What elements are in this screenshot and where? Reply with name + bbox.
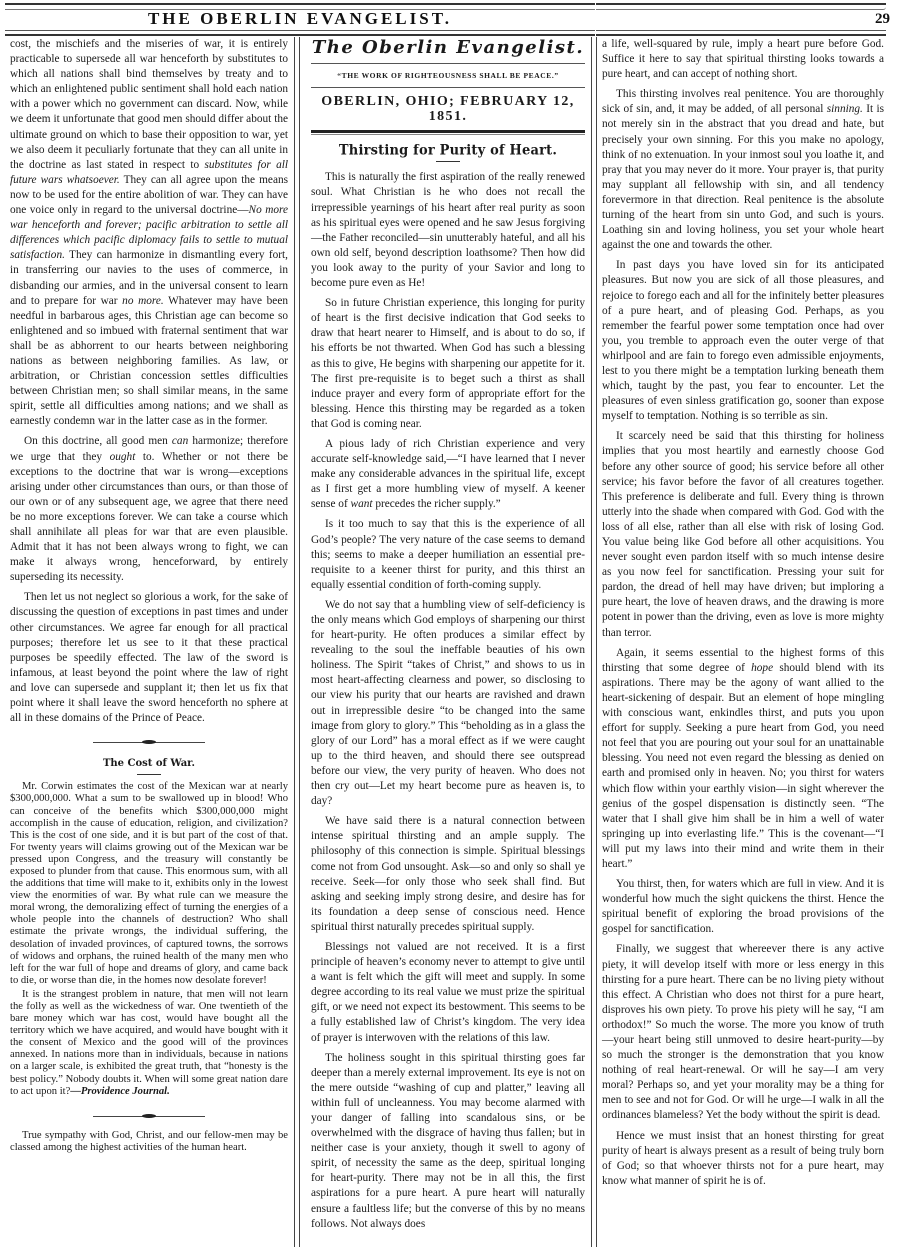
- paragraph: Mr. Corwin estimates the cost of the Mex…: [10, 781, 288, 987]
- cost-of-war-title: The Cost of War.: [10, 756, 288, 771]
- column-divider: [294, 37, 300, 1247]
- italic-text: hope: [751, 662, 773, 674]
- masthead-rule: [311, 87, 585, 88]
- text-run: On this doctrine, all good men: [24, 435, 172, 447]
- text-run: It is not merely sin in the abstract tha…: [602, 103, 884, 251]
- paragraph: So in future Christian experience, this …: [311, 296, 585, 432]
- paragraph: On this doctrine, all good men can harmo…: [10, 434, 288, 585]
- column-2: The Oberlin Evangelist. “THE WORK OF RIG…: [311, 37, 585, 1237]
- header-under-rule: [596, 30, 886, 36]
- text-run: This is naturally the first aspiration o…: [311, 171, 585, 289]
- cost-of-war-article: Mr. Corwin estimates the cost of the Mex…: [10, 781, 288, 1097]
- masthead-motto: “THE WORK OF RIGHTEOUSNESS SHALL BE PEAC…: [311, 68, 585, 83]
- paragraph: It is the strangest problem in nature, t…: [10, 989, 288, 1098]
- paragraph: Again, it seems essential to the highest…: [602, 646, 884, 872]
- source-attribution: —Providence Journal.: [70, 1086, 169, 1097]
- text-run: The holiness sought in this spiritual th…: [311, 1052, 585, 1230]
- italic-text: can: [172, 435, 188, 447]
- header-under-rule: [5, 30, 595, 36]
- masthead-title: The Oberlin Evangelist.: [311, 37, 585, 59]
- text-run: to. Whether or not there be exceptions t…: [10, 451, 288, 584]
- section-ornament: [93, 1114, 205, 1120]
- masthead-rule: [311, 63, 585, 64]
- column-1: cost, the mischiefs and the miseries of …: [10, 37, 288, 1156]
- text-run: You thirst, then, for waters which are f…: [602, 878, 884, 935]
- paragraph: Blessings not valued are not received. I…: [311, 940, 585, 1046]
- text-run: Then let us not neglect so glorious a wo…: [10, 591, 288, 724]
- text-run: Finally, we suggest that whereever there…: [602, 943, 884, 1121]
- text-run: cost, the mischiefs and the miseries of …: [10, 38, 288, 171]
- paragraph: A pious lady of rich Christian experienc…: [311, 437, 585, 512]
- text-run: Hence we must insist that an honest thir…: [602, 1130, 884, 1187]
- paragraph: This thirsting involves real penitence. …: [602, 87, 884, 253]
- paragraph: It scarcely need be said that this thirs…: [602, 429, 884, 640]
- text-run: Blessings not valued are not received. I…: [311, 941, 585, 1044]
- text-run: should blend with its aspirations. There…: [602, 662, 884, 870]
- text-run: We do not say that a humbling view of se…: [311, 599, 585, 807]
- text-run: a life, well-squared by rule, imply a he…: [602, 38, 884, 80]
- title-underline: [436, 161, 460, 162]
- paragraph: In past days you have loved sin for its …: [602, 258, 884, 424]
- closing-note-text: True sympathy with God, Christ, and our …: [10, 1130, 288, 1154]
- newspaper-page: THE OBERLIN EVANGELIST. 29 cost, the mis…: [0, 0, 900, 1249]
- war-article-continued: cost, the mischiefs and the miseries of …: [10, 37, 288, 726]
- thirsting-article-continued: a life, well-squared by rule, imply a he…: [602, 37, 884, 1189]
- page-number: 29: [875, 11, 890, 28]
- paragraph: The holiness sought in this spiritual th…: [311, 1051, 585, 1232]
- running-title: THE OBERLIN EVANGELIST.: [5, 9, 595, 29]
- column-3: a life, well-squared by rule, imply a he…: [602, 37, 884, 1194]
- section-ornament: [93, 740, 205, 746]
- paragraph: You thirst, then, for waters which are f…: [602, 877, 884, 937]
- article-title: Thirsting for Purity of Heart.: [311, 143, 585, 160]
- paragraph: Finally, we suggest that whereever there…: [602, 942, 884, 1123]
- text-run: So in future Christian experience, this …: [311, 297, 585, 430]
- text-run: Mr. Corwin estimates the cost of the Mex…: [10, 781, 288, 986]
- paragraph: Then let us not neglect so glorious a wo…: [10, 590, 288, 726]
- paragraph: We do not say that a humbling view of se…: [311, 598, 585, 809]
- thirsting-article: This is naturally the first aspiration o…: [311, 170, 585, 1231]
- paragraph: cost, the mischiefs and the miseries of …: [10, 37, 288, 429]
- paragraph: a life, well-squared by rule, imply a he…: [602, 37, 884, 82]
- text-run: It scarcely need be said that this thirs…: [602, 430, 884, 638]
- italic-text: no more.: [122, 295, 164, 307]
- text-run: Whatever may have been needful in barbar…: [10, 295, 288, 428]
- italic-text: want: [351, 498, 373, 510]
- text-run: We have said there is a natural connecti…: [311, 815, 585, 933]
- text-run: precedes the richer supply.”: [373, 498, 501, 510]
- paragraph: Is it too much to say that this is the e…: [311, 517, 585, 592]
- masthead-thick-rule: [311, 130, 585, 135]
- paragraph: Hence we must insist that an honest thir…: [602, 1129, 884, 1189]
- text-run: In past days you have loved sin for its …: [602, 259, 884, 422]
- text-run: Is it too much to say that this is the e…: [311, 518, 585, 590]
- italic-text: sinning.: [827, 103, 863, 115]
- text-run: It is the strangest problem in nature, t…: [10, 989, 288, 1097]
- dateline: OBERLIN, OHIO; FEBRUARY 12, 1851.: [311, 94, 585, 124]
- closing-note: True sympathy with God, Christ, and our …: [10, 1130, 288, 1154]
- column-divider: [591, 37, 597, 1247]
- paragraph: We have said there is a natural connecti…: [311, 814, 585, 935]
- header-rule: [596, 3, 886, 10]
- paragraph: This is naturally the first aspiration o…: [311, 170, 585, 291]
- italic-text: ought: [110, 451, 136, 463]
- title-underline: [137, 774, 161, 775]
